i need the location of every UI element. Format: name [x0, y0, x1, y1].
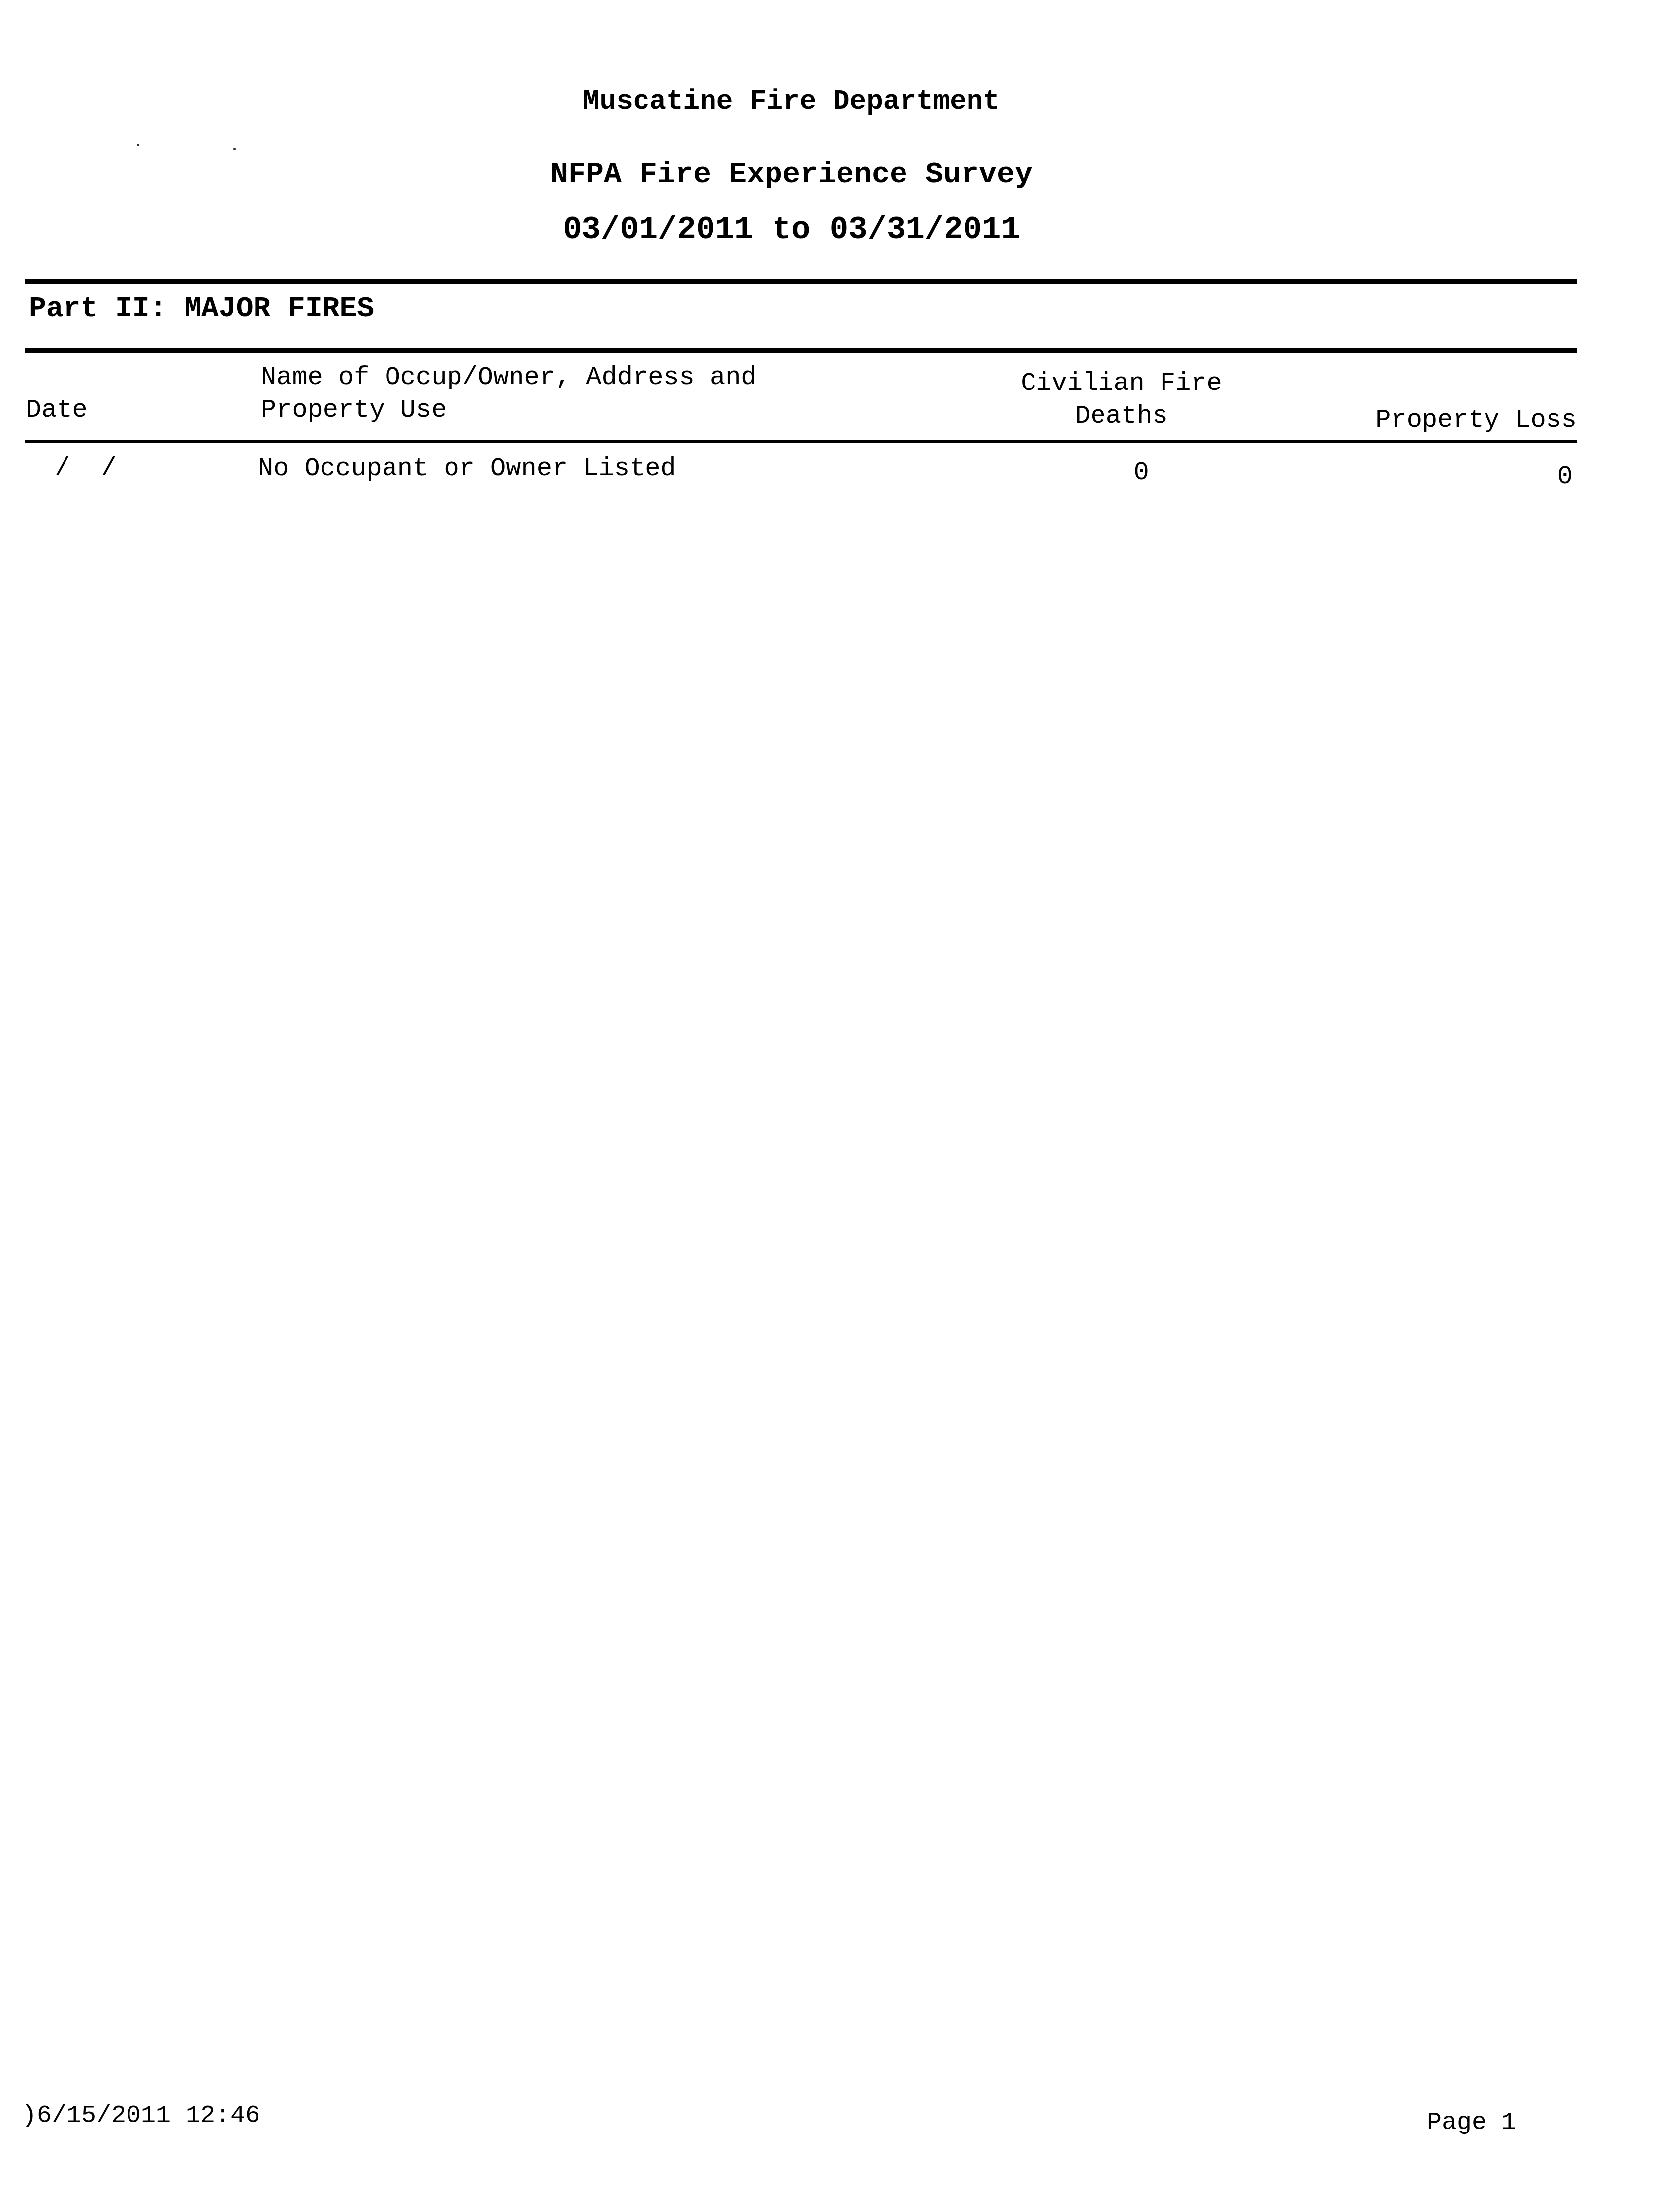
- column-header-property-loss: Property Loss: [1340, 404, 1577, 437]
- divider-header: [25, 440, 1577, 443]
- cell-date: / /: [55, 452, 117, 485]
- cell-civilian-deaths: 0: [1092, 456, 1191, 489]
- scan-speck: [137, 144, 139, 146]
- scan-speck: [233, 148, 236, 150]
- print-timestamp: )6/15/2011 12:46: [22, 2102, 260, 2130]
- page-number: Page 1: [1427, 2109, 1516, 2137]
- cell-property-loss: 0: [1439, 460, 1573, 493]
- divider-section: [25, 348, 1577, 353]
- column-header-name: Name of Occup/Owner, Address and Propert…: [261, 361, 757, 427]
- divider-top: [25, 279, 1577, 284]
- column-header-date: Date: [26, 394, 88, 427]
- column-header-civilian-deaths: Civilian Fire Deaths: [1002, 367, 1240, 433]
- cell-name: No Occupant or Owner Listed: [258, 452, 676, 485]
- date-range: 03/01/2011 to 03/31/2011: [0, 212, 1583, 248]
- organization-title: Muscatine Fire Department: [0, 85, 1583, 117]
- section-title: Part II: MAJOR FIRES: [29, 293, 374, 325]
- report-title: NFPA Fire Experience Survey: [0, 158, 1583, 192]
